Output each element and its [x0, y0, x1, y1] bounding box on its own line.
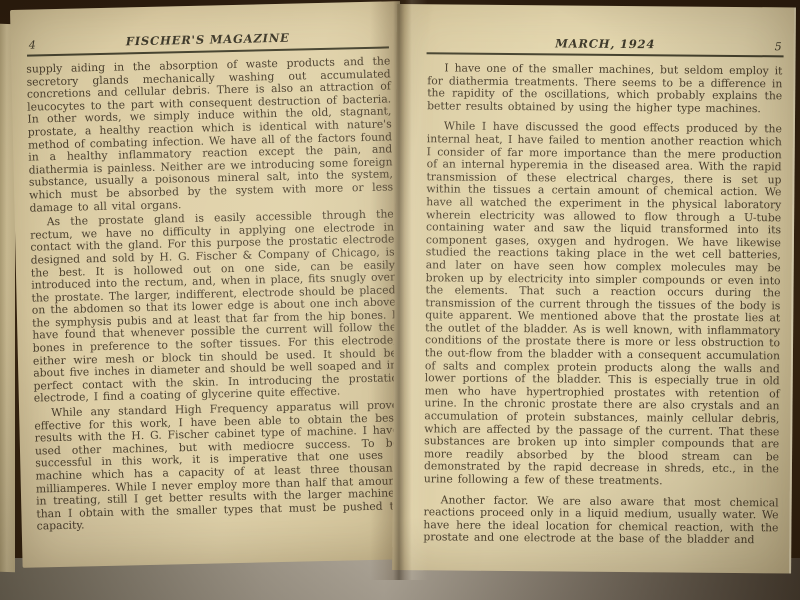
right-page-text: I have one of the smaller machines, but … — [423, 62, 782, 555]
body-paragraph: supply aiding in the absorption of waste… — [26, 55, 393, 214]
left-page-text: supply aiding in the absorption of waste… — [26, 55, 401, 535]
right-page-number: 5 — [775, 40, 782, 53]
body-paragraph: I have one of the smaller machines, but … — [427, 62, 782, 115]
left-running-head-rule: 4 FISCHER'S MAGAZINE — [27, 27, 389, 56]
body-paragraph: Another factor. We are also aware that m… — [423, 494, 778, 547]
right-running-head: MARCH, 1924 — [427, 35, 784, 52]
right-page: MARCH, 1924 5 I have one of the smaller … — [392, 4, 796, 573]
right-running-head-rule: MARCH, 1924 5 — [427, 34, 784, 57]
left-running-head: FISCHER'S MAGAZINE — [27, 28, 389, 50]
book-photo: 4 FISCHER'S MAGAZINE supply aiding in th… — [0, 0, 800, 600]
body-paragraph: As the prostate gland is easily accessib… — [30, 208, 398, 405]
left-page: 4 FISCHER'S MAGAZINE supply aiding in th… — [10, 1, 413, 568]
body-paragraph: While any standard High Frequency appara… — [34, 399, 401, 533]
body-paragraph: While I have discussed the good effects … — [424, 121, 782, 489]
